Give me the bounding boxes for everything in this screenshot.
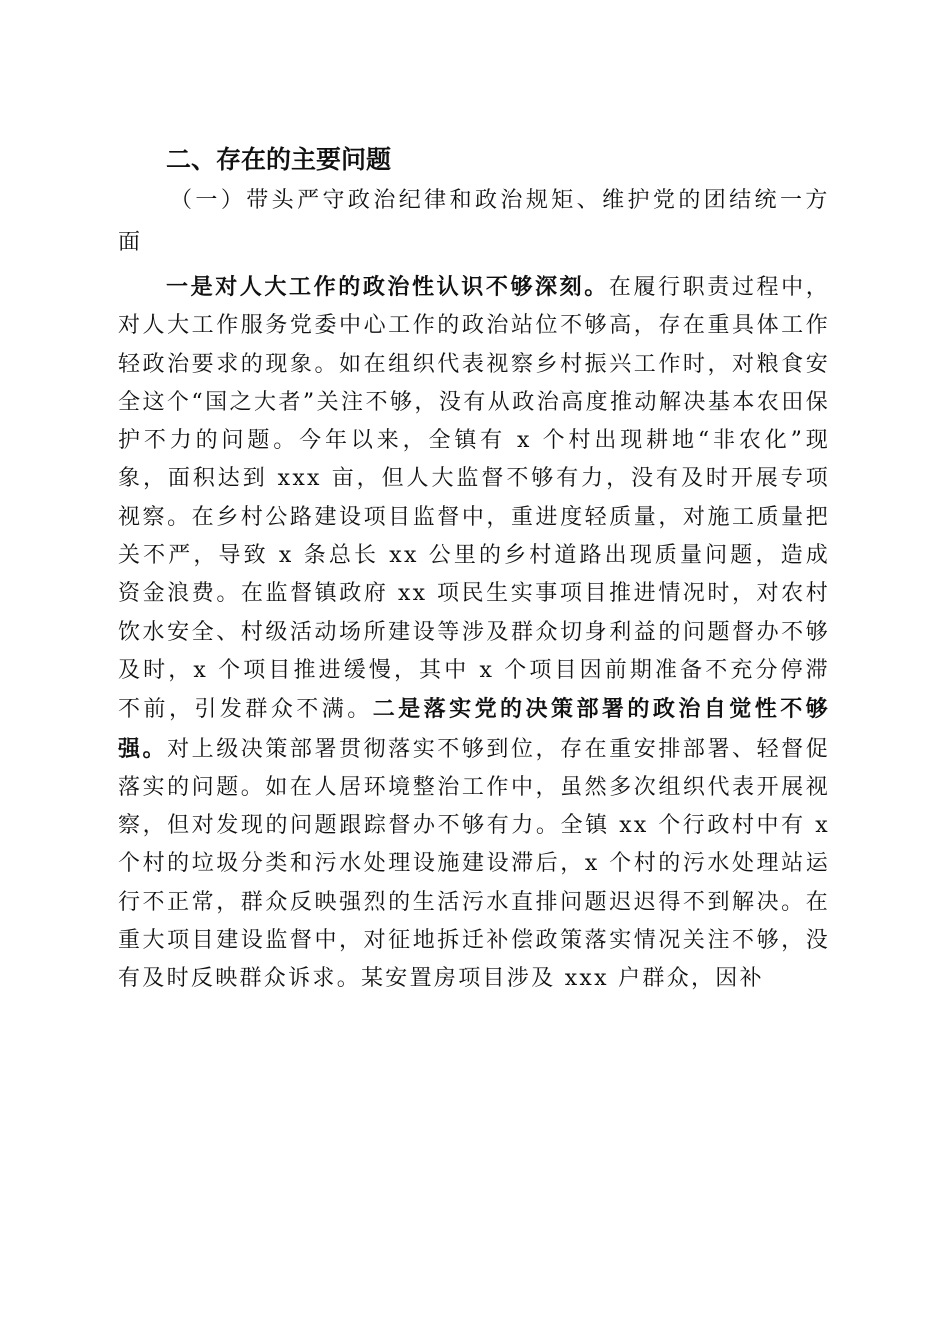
subsection-heading: （一）带头严守政治纪律和政治规矩、维护党的团结统一方面 [118,180,830,264]
body-paragraph: 一是对人大工作的政治性认识不够深刻。在履行职责过程中，对人大工作服务党委中心工作… [118,268,830,999]
section-heading: 二、存在的主要问题 [118,140,830,180]
document-page: 二、存在的主要问题 （一）带头严守政治纪律和政治规矩、维护党的团结统一方面 一是… [0,0,950,1344]
point-one-text: 在履行职责过程中，对人大工作服务党委中心工作的政治站位不够高，存在重具体工作轻政… [118,275,830,722]
document-body: 二、存在的主要问题 （一）带头严守政治纪律和政治规矩、维护党的团结统一方面 一是… [118,140,830,999]
point-two-text: 对上级决策部署贯彻落实不够到位，存在重安排部署、轻督促落实的问题。如在人居环境整… [118,737,830,992]
point-one-lead: 一是对人大工作的政治性认识不够深刻。 [166,274,609,300]
